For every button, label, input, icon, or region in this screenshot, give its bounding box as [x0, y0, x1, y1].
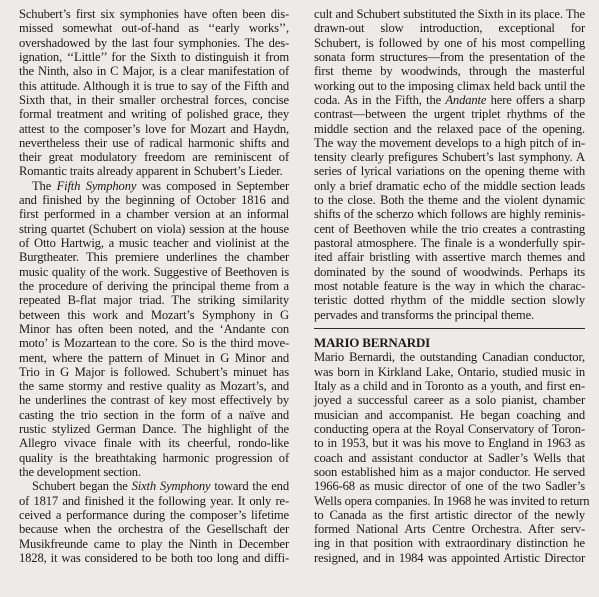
text-line: formal treatment and writing of polished… — [19, 107, 289, 121]
text-run: toward the end — [210, 479, 289, 493]
text-line: Schubert’s first six symphonies have oft… — [19, 7, 289, 21]
text-line: first theme by woodwinds, through the ma… — [314, 64, 585, 78]
text-line: working out to the imposing climax held … — [314, 79, 585, 93]
paragraph-fifth-symphony: The Fifth Symphony was composed in Septe… — [19, 179, 289, 480]
section-mario-bernardi: MARIO BERNARDI Mario Bernardi, the outst… — [314, 335, 585, 565]
text-line: 1966-68 as music director of one of the … — [314, 479, 585, 493]
text-line: ment, where the pattern of Minuet in G M… — [19, 351, 289, 365]
text-line: because when the orchestra of the Gesell… — [19, 522, 289, 536]
text-line: to the close. Both the theme and the vio… — [314, 193, 585, 207]
text-line: drawn-out slow introduction, exceptional… — [314, 21, 585, 35]
text-line: missed somewhat out-of-hand as ‘‘early w… — [19, 21, 289, 35]
text-line: joyed a successful career as a solo pian… — [314, 393, 585, 407]
text-line: Schubert began the Sixth Symphony toward… — [19, 479, 289, 493]
text-line: ited affair bristling with assertive mar… — [314, 250, 585, 264]
text-line: overshadowed by the last four symphonies… — [19, 36, 289, 50]
text-line: contrast—between the urgent triplet rhyt… — [314, 107, 585, 121]
text-line: soon established him as a major conducto… — [314, 465, 585, 479]
text-line: quality is the breathtaking harmonic pro… — [19, 451, 289, 465]
text-line: sonata form structures—from the presenta… — [314, 50, 585, 64]
text-line: resigned, and in 1984 was appointed Arti… — [314, 551, 585, 565]
section-divider — [314, 328, 585, 330]
text-line: moto’ is Mozartean to the core. So is th… — [19, 336, 289, 350]
text-line: first performed in a chamber version at … — [19, 207, 289, 221]
work-title-fifth-symphony: Fifth Symphony — [57, 179, 137, 193]
text-line: pervades and transforms the principal th… — [314, 308, 585, 322]
text-line: Mario Bernardi, the outstanding Canadian… — [314, 350, 585, 364]
text-line: the same stormy and restive quality as M… — [19, 379, 289, 393]
text-line: most notable feature is the way in which… — [314, 279, 585, 293]
text-run: here offers a sharp — [486, 93, 585, 107]
text-line: he underlines the contrast of key most e… — [19, 393, 289, 407]
text-line: Wells opera companies. In 1968 he was in… — [314, 494, 585, 508]
text-line: shifts of the scherzo which follows are … — [314, 207, 585, 221]
text-line: Musikfreunde came to play the Ninth in D… — [19, 537, 289, 551]
text-line: the procedure of deriving the principal … — [19, 279, 289, 293]
text-line: Schubert, is followed by one of his most… — [314, 36, 585, 50]
section-heading: MARIO BERNARDI — [314, 335, 585, 350]
text-line: musician and accompanist. He began coach… — [314, 408, 585, 422]
text-line: of Otto Hartwig, a music teacher and vio… — [19, 236, 289, 250]
paragraph-sixth-symphony: Schubert began the Sixth Symphony toward… — [19, 479, 289, 565]
text-line: series of lyrical variations on the open… — [314, 164, 585, 178]
text-line: between this work and Mozart’s Symphony … — [19, 308, 289, 322]
text-line: Italy as a child and in Toronto as a you… — [314, 379, 585, 393]
text-line: conducting opera at the Royal Conservato… — [314, 422, 585, 436]
text-line: teristic dotted rhythm of the middle sec… — [314, 293, 585, 307]
text-line: 1828, it was considered to be both too l… — [19, 551, 289, 565]
text-line: The Fifth Symphony was composed in Septe… — [19, 179, 289, 193]
text-line: pastoral atmosphere. The finale is a won… — [314, 236, 585, 250]
text-run: was composed in September — [136, 179, 289, 193]
text-line: to Canada as the first artistic director… — [314, 508, 585, 522]
text-line: music quality of the work. Suggestive of… — [19, 265, 289, 279]
text-line: and finished by the beginning of October… — [19, 193, 289, 207]
text-line: dominated by the sound of woodwinds. Per… — [314, 265, 585, 279]
text-line: coach and assistant conductor at Sadler’… — [314, 451, 585, 465]
text-line: Trio in G Major is followed. Schubert’s … — [19, 365, 289, 379]
text-line: nevertheless their use of radical harmon… — [19, 136, 289, 150]
text-line: Allegro vivace finale with its cheerful,… — [19, 436, 289, 450]
text-line: Minor has often been noted, and the ‘And… — [19, 322, 289, 336]
text-line: cent of Beethoven while the trio creates… — [314, 222, 585, 236]
text-line: of 1817 and finished it the following ye… — [19, 494, 289, 508]
text-line: formed National Arts Centre Orchestra. A… — [314, 522, 585, 536]
text-line: ceived a performance during the composer… — [19, 508, 289, 522]
text-line: their great modulatory freedom are remin… — [19, 150, 289, 164]
text-line: the development section. — [19, 465, 289, 479]
right-column: cult and Schubert substituted the Sixth … — [314, 7, 585, 565]
text-line: The way the movement develops to a high … — [314, 136, 585, 150]
paragraph-sixth-continued: cult and Schubert substituted the Sixth … — [314, 7, 585, 322]
text-line: casting the trio section in the form of … — [19, 408, 289, 422]
text-line: the Ninth, also in C Major, is a clear m… — [19, 64, 289, 78]
text-line: string quartet (Schubert on viola) sessi… — [19, 222, 289, 236]
movement-title-andante: Andante — [445, 93, 486, 107]
text-line: middle section and the relaxed pace of t… — [314, 122, 585, 136]
text-line: only a brief dramatic echo of the middle… — [314, 179, 585, 193]
left-column: Schubert’s first six symphonies have oft… — [19, 7, 289, 565]
text-line: cult and Schubert substituted the Sixth … — [314, 7, 585, 21]
text-run: coda. As in the Fifth, the — [314, 93, 445, 107]
text-line: this attitude. Although it is true to sa… — [19, 79, 289, 93]
text-line: Romantic traits already apparent in Schu… — [19, 164, 289, 178]
text-line: coda. As in the Fifth, the Andante here … — [314, 93, 585, 107]
text-line: ignation, ‘‘Little’’ for the Sixth to di… — [19, 50, 289, 64]
text-line: to in 1953, but it was his move to Engla… — [314, 436, 585, 450]
text-line: Sixth that, in their smaller orchestral … — [19, 93, 289, 107]
text-line: Burgtheater. This premiere underlines th… — [19, 250, 289, 264]
text-line: rustic stylized German Dance. The highli… — [19, 422, 289, 436]
paragraph-intro: Schubert’s first six symphonies have oft… — [19, 7, 289, 179]
text-line: repeated B-flat major triad. The strikin… — [19, 293, 289, 307]
booklet-page: Schubert’s first six symphonies have oft… — [0, 0, 599, 597]
work-title-sixth-symphony: Sixth Symphony — [132, 479, 211, 493]
text-line: attest to the composer’s love for Mozart… — [19, 122, 289, 136]
text-run: The — [32, 179, 57, 193]
text-line: tensity clearly prefigures Schubert’s la… — [314, 150, 585, 164]
text-line: was born in Kirkland Lake, Ontario, stud… — [314, 365, 585, 379]
text-line: ing in that position with extraordinary … — [314, 536, 585, 550]
text-run: Schubert began the — [32, 479, 132, 493]
